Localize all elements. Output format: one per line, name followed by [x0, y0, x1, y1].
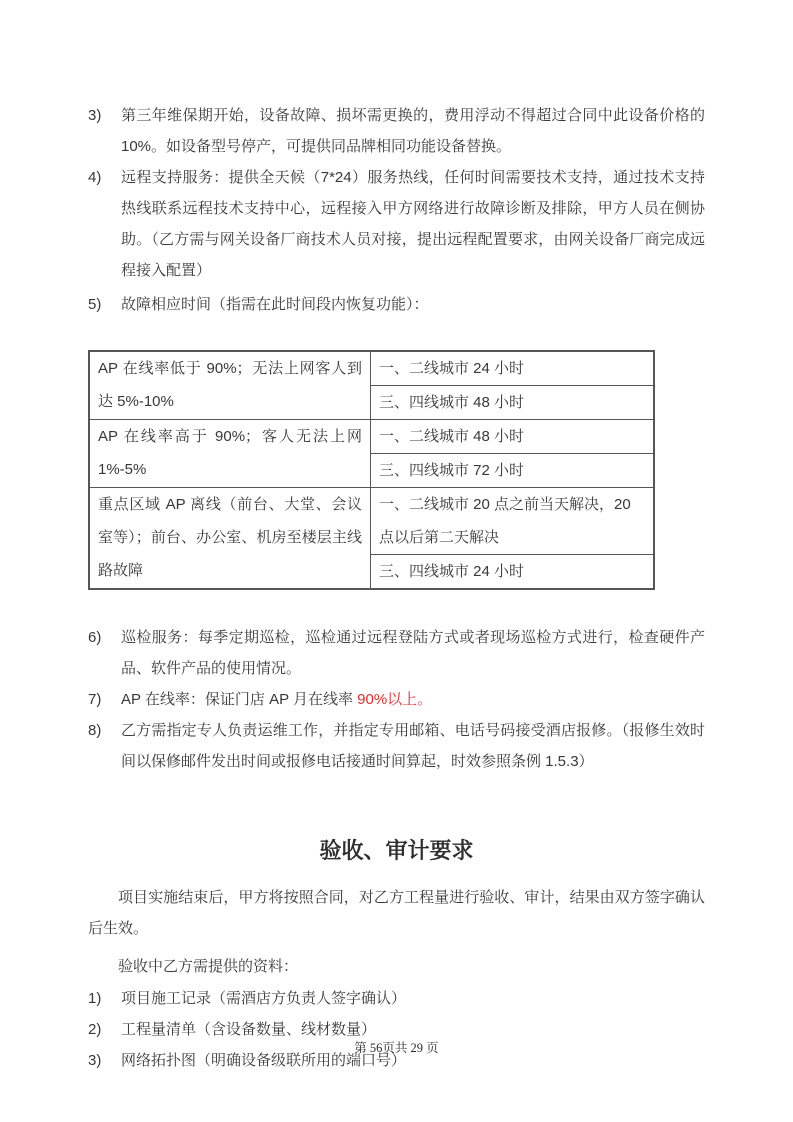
- list-text: 远程支持服务：提供全天候（7*24）服务热线，任何时间需要技术支持，通过技术支持…: [121, 162, 705, 286]
- materials-intro-line: 验收中乙方需提供的资料：: [88, 951, 705, 982]
- fault-condition-cell: 重点区域 AP 离线（前台、大堂、会议室等）；前台、办公室、机房至楼层主线路故障: [89, 488, 371, 590]
- list-item-8: 8) 乙方需指定专人负责运维工作，并指定专用邮箱、电话号码接受酒店报修。（报修生…: [88, 715, 705, 777]
- online-rate-text: AP 在线率：保证门店 AP 月在线率: [121, 691, 357, 708]
- list-text: 乙方需指定专人负责运维工作，并指定专用邮箱、电话号码接受酒店报修。（报修生效时间…: [121, 715, 705, 777]
- list-item-6: 6) 巡检服务：每季定期巡检，巡检通过远程登陆方式或者现场巡检方式进行，检查硬件…: [88, 622, 705, 684]
- fault-condition-cell: AP 在线率低于 90%；无法上网客人到达 5%-10%: [89, 351, 371, 420]
- table-row: AP 在线率低于 90%；无法上网客人到达 5%-10% 一、二线城市 24 小…: [89, 351, 654, 386]
- response-time-cell: 一、二线城市 20 点之前当天解决，20 点以后第二天解决: [371, 488, 655, 555]
- page-number-footer: 第 56页共 29 页: [0, 1038, 793, 1056]
- table-row: AP 在线率高于 90%；客人无法上网 1%-5% 一、二线城市 48 小时: [89, 420, 654, 454]
- list-item-1: 1) 项目施工记录（需酒店方负责人签字确认）: [88, 983, 705, 1014]
- section-intro-paragraph: 项目实施结束后，甲方将按照合同，对乙方工程量进行验收、审计，结果由双方签字确认后…: [88, 882, 705, 944]
- section-heading: 验收、审计要求: [88, 835, 705, 867]
- list-number: 6): [88, 622, 121, 653]
- list-number: 7): [88, 684, 121, 715]
- acceptance-materials-list: 1) 项目施工记录（需酒店方负责人签字确认） 2) 工程量清单（含设备数量、线材…: [88, 983, 705, 1076]
- list-item-4: 4) 远程支持服务：提供全天候（7*24）服务热线，任何时间需要技术支持，通过技…: [88, 162, 705, 286]
- online-rate-highlight: 90%以上。: [357, 691, 432, 708]
- list-text: 巡检服务：每季定期巡检，巡检通过远程登陆方式或者现场巡检方式进行，检查硬件产品、…: [121, 622, 705, 684]
- table-row: 重点区域 AP 离线（前台、大堂、会议室等）；前台、办公室、机房至楼层主线路故障…: [89, 488, 654, 555]
- maintenance-terms-list: 3) 第三年维保期开始，设备故障、损坏需更换的，费用浮动不得超过合同中此设备价格…: [88, 100, 705, 320]
- fault-response-table: AP 在线率低于 90%；无法上网客人到达 5%-10% 一、二线城市 24 小…: [88, 350, 655, 590]
- list-number: 5): [88, 289, 121, 320]
- list-text: 项目施工记录（需酒店方负责人签字确认）: [121, 983, 705, 1014]
- list-text: AP 在线率：保证门店 AP 月在线率 90%以上。: [121, 684, 705, 715]
- response-time-cell: 一、二线城市 48 小时: [371, 420, 655, 454]
- list-item-3: 3) 第三年维保期开始，设备故障、损坏需更换的，费用浮动不得超过合同中此设备价格…: [88, 100, 705, 162]
- list-text: 第三年维保期开始，设备故障、损坏需更换的，费用浮动不得超过合同中此设备价格的 1…: [121, 100, 705, 162]
- service-terms-list: 6) 巡检服务：每季定期巡检，巡检通过远程登陆方式或者现场巡检方式进行，检查硬件…: [88, 622, 705, 777]
- response-time-cell: 三、四线城市 48 小时: [371, 386, 655, 420]
- list-item-5: 5) 故障相应时间（指需在此时间段内恢复功能）：: [88, 289, 705, 320]
- list-item-7: 7) AP 在线率：保证门店 AP 月在线率 90%以上。: [88, 684, 705, 715]
- fault-condition-cell: AP 在线率高于 90%；客人无法上网 1%-5%: [89, 420, 371, 488]
- list-number: 4): [88, 162, 121, 193]
- list-text: 故障相应时间（指需在此时间段内恢复功能）：: [121, 289, 705, 320]
- response-time-cell: 三、四线城市 72 小时: [371, 454, 655, 488]
- response-time-cell: 三、四线城市 24 小时: [371, 555, 655, 590]
- list-number: 1): [88, 983, 121, 1014]
- response-time-cell: 一、二线城市 24 小时: [371, 351, 655, 386]
- list-number: 3): [88, 100, 121, 131]
- list-number: 8): [88, 715, 121, 746]
- document-page: 3) 第三年维保期开始，设备故障、损坏需更换的，费用浮动不得超过合同中此设备价格…: [0, 0, 793, 1122]
